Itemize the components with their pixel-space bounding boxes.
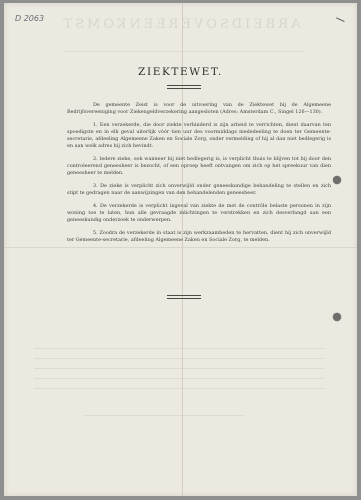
title-rule-top — [167, 85, 201, 86]
show-through-line — [34, 368, 324, 369]
show-through-heading: ARBEIDSOVEREENKOMST — [4, 17, 357, 32]
show-through-line — [34, 358, 324, 359]
rule-paragraph-2: 2. Iedere zieke, ook wanneer hij niet be… — [67, 156, 331, 177]
title-rule-bottom — [167, 88, 201, 89]
closing-rule-bottom — [167, 298, 201, 299]
show-through-line — [34, 378, 324, 379]
document-title: ZIEKTEWET. — [4, 66, 357, 78]
archive-annotation: D 2063 — [15, 14, 44, 23]
show-through-line — [84, 415, 244, 416]
rule-paragraph-5: 5. Zoodra de verzekerde in staat is zijn… — [67, 230, 331, 244]
show-through-line — [34, 348, 324, 349]
show-through-line — [64, 51, 304, 52]
show-through-line — [34, 388, 324, 389]
closing-rule-top — [167, 295, 201, 296]
punch-hole-lower — [333, 313, 341, 321]
rule-paragraph-3: 3. De zieke is verplicht zich onverwijld… — [67, 183, 331, 197]
intro-paragraph: De gemeente Zeist is voor de uitvoering … — [67, 102, 331, 116]
document-body: De gemeente Zeist is voor de uitvoering … — [67, 102, 331, 250]
rule-paragraph-1: 1. Een verzekerde, die door ziekte verhi… — [67, 122, 331, 150]
document-page: ARBEIDSOVEREENKOMST D 2063 ZIEKTEWET. De… — [4, 3, 357, 496]
rule-paragraph-4: 4. De verzekerde is verplicht ingeval va… — [67, 203, 331, 224]
punch-hole-upper — [333, 176, 341, 184]
